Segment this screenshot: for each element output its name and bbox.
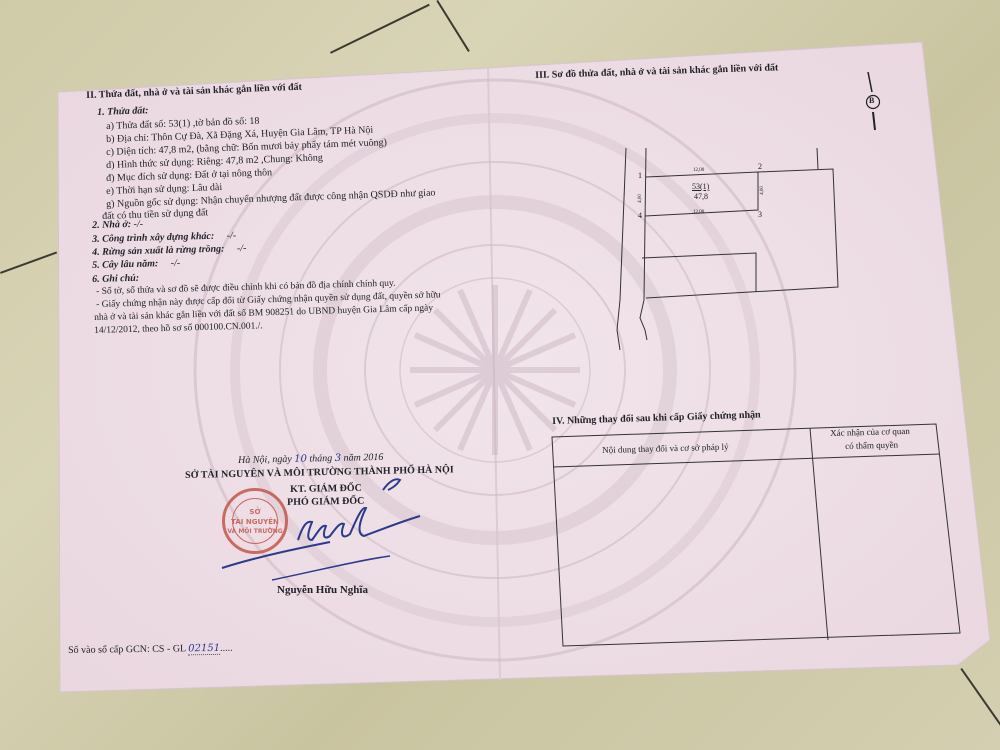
signer-name: Nguyễn Hữu Nghĩa (277, 584, 368, 596)
parcel-label: 53(1) (692, 182, 709, 191)
seal-text-bottom: VÀ MÔI TRƯỜNG (225, 528, 285, 535)
dimension-left: 4,00 (638, 194, 643, 203)
dimension-right: 4,00 (760, 186, 765, 195)
parcel-area-label: 47,8 (694, 192, 708, 201)
trees-label: 5. Cây lâu năm: -/- (92, 258, 180, 271)
north-marker: B (869, 96, 874, 105)
register-label: Số vào sổ cấp GCN: CS - GL (68, 643, 186, 656)
house-title: 2. Nhà ở: (92, 219, 131, 231)
certificate-sheet (0, 0, 1000, 750)
signer-role: PHÓ GIÁM ĐỐC (287, 496, 364, 508)
dimension-top: 12,00 (693, 168, 704, 173)
seal-text-top: SỞ (225, 508, 285, 516)
house-label: 2. Nhà ở: -/- (92, 219, 143, 231)
forest-value: -/- (237, 243, 247, 254)
point-3: 3 (758, 210, 762, 219)
date-prefix: Hà Nội, ngày (238, 454, 292, 466)
trees-value: -/- (171, 258, 181, 269)
notes-title: 6. Ghi chú: (92, 273, 139, 285)
issue-month: 3 (335, 453, 342, 464)
authority-column-header-2: có thẩm quyền (845, 440, 898, 451)
other-works-value: -/- (227, 230, 237, 241)
point-4: 4 (638, 211, 642, 220)
signer-kt: KT. GIÁM ĐỐC (290, 483, 362, 495)
seal-text-mid: TÀI NGUYÊN (225, 518, 285, 526)
land-title: 1. Thửa đất: (97, 105, 149, 118)
issue-year: năm 2016 (343, 452, 383, 464)
dimension-bottom: 12,00 (693, 210, 704, 215)
house-value: -/- (133, 219, 143, 230)
issue-day: 10 (294, 454, 307, 465)
month-label: tháng (309, 453, 332, 464)
register-value: 02151 (188, 643, 220, 655)
official-stamp: SỞ TÀI NGUYÊN VÀ MÔI TRƯỜNG (222, 488, 288, 554)
register-number: Số vào sổ cấp GCN: CS - GL 02151..... (68, 643, 233, 656)
point-1: 1 (638, 171, 642, 180)
trees-title: 5. Cây lâu năm: (92, 258, 158, 271)
authority-column-header-1: Xác nhận của cơ quan (830, 426, 910, 438)
point-2: 2 (758, 162, 762, 171)
